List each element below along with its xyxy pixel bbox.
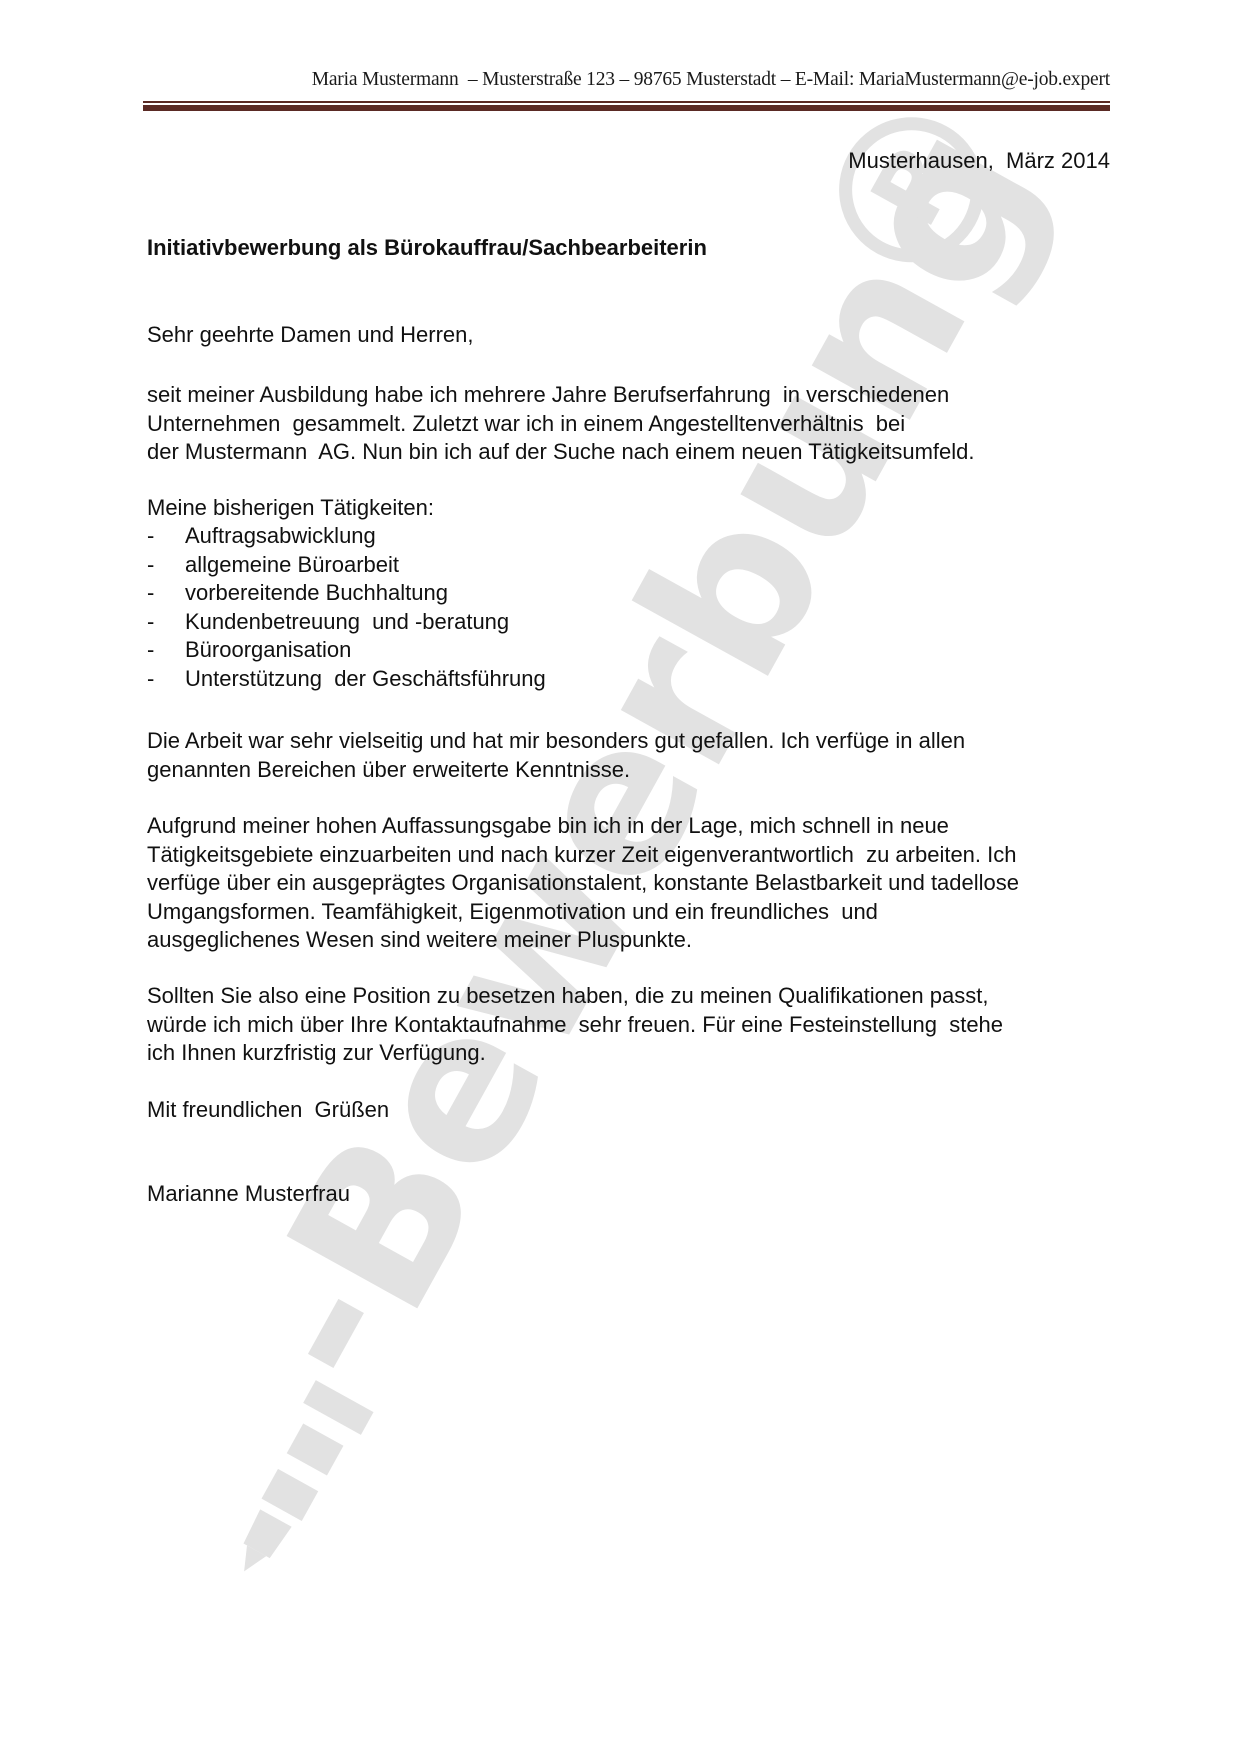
activities-heading: Meine bisherigen Tätigkeiten:	[147, 494, 1147, 523]
text-line: ich Ihnen kurzfristig zur Verfügung.	[147, 1039, 1147, 1068]
letter-page: -Bewerbung R Maria Mustermann – Musterst…	[0, 0, 1241, 1755]
bullet: -	[147, 522, 185, 551]
paragraph-qualities: Aufgrund meiner hohen Auffassungsgabe bi…	[147, 812, 1147, 955]
text-line: verfüge über ein ausgeprägtes Organisati…	[147, 869, 1147, 898]
bullet: -	[147, 579, 185, 608]
list-item: - Kundenbetreuung und -beratung	[147, 608, 1147, 637]
text-line: Unternehmen gesammelt. Zuletzt war ich i…	[147, 410, 1147, 439]
salutation: Sehr geehrte Damen und Herren,	[147, 321, 1147, 350]
list-item: - allgemeine Büroarbeit	[147, 551, 1147, 580]
bullet: -	[147, 636, 185, 665]
list-item: - vorbereitende Buchhaltung	[147, 579, 1147, 608]
list-item: - Auftragsabwicklung	[147, 522, 1147, 551]
text-line: genannten Bereichen über erweiterte Kenn…	[147, 756, 1147, 785]
signature: Marianne Musterfrau	[147, 1180, 1147, 1209]
place-date: Musterhausen, März 2014	[848, 148, 1110, 174]
text-line: Aufgrund meiner hohen Auffassungsgabe bi…	[147, 812, 1147, 841]
subject-line: Initiativbewerbung als Bürokauffrau/Sach…	[147, 235, 707, 261]
text-line: würde ich mich über Ihre Kontaktaufnahme…	[147, 1011, 1147, 1040]
text-line: Tätigkeitsgebiete einzuarbeiten und nach…	[147, 841, 1147, 870]
activities-list: - Auftragsabwicklung - allgemeine Büroar…	[147, 522, 1147, 693]
text-line: der Mustermann AG. Nun bin ich auf der S…	[147, 438, 1147, 467]
closing: Mit freundlichen Grüßen	[147, 1096, 1147, 1125]
text-line: Umgangsformen. Teamfähigkeit, Eigenmotiv…	[147, 898, 1147, 927]
paragraph-request: Sollten Sie also eine Position zu besetz…	[147, 982, 1147, 1068]
paragraph-intro: seit meiner Ausbildung habe ich mehrere …	[147, 381, 1147, 467]
bullet: -	[147, 608, 185, 637]
text-line: ausgeglichenes Wesen sind weitere meiner…	[147, 926, 1147, 955]
list-item: - Unterstützung der Geschäftsführung	[147, 665, 1147, 694]
paragraph-experience: Die Arbeit war sehr vielseitig und hat m…	[147, 727, 1147, 784]
letterhead: Maria Mustermann – Musterstraße 123 – 98…	[143, 68, 1110, 92]
text-line: Sollten Sie also eine Position zu besetz…	[147, 982, 1147, 1011]
list-item: - Büroorganisation	[147, 636, 1147, 665]
header-rule-thin	[143, 101, 1110, 103]
text-line: seit meiner Ausbildung habe ich mehrere …	[147, 381, 1147, 410]
sender-info: Maria Mustermann – Musterstraße 123 – 98…	[143, 68, 1110, 92]
bullet: -	[147, 665, 185, 694]
bullet: -	[147, 551, 185, 580]
header-rule-thick	[143, 105, 1110, 111]
text-line: Die Arbeit war sehr vielseitig und hat m…	[147, 727, 1147, 756]
